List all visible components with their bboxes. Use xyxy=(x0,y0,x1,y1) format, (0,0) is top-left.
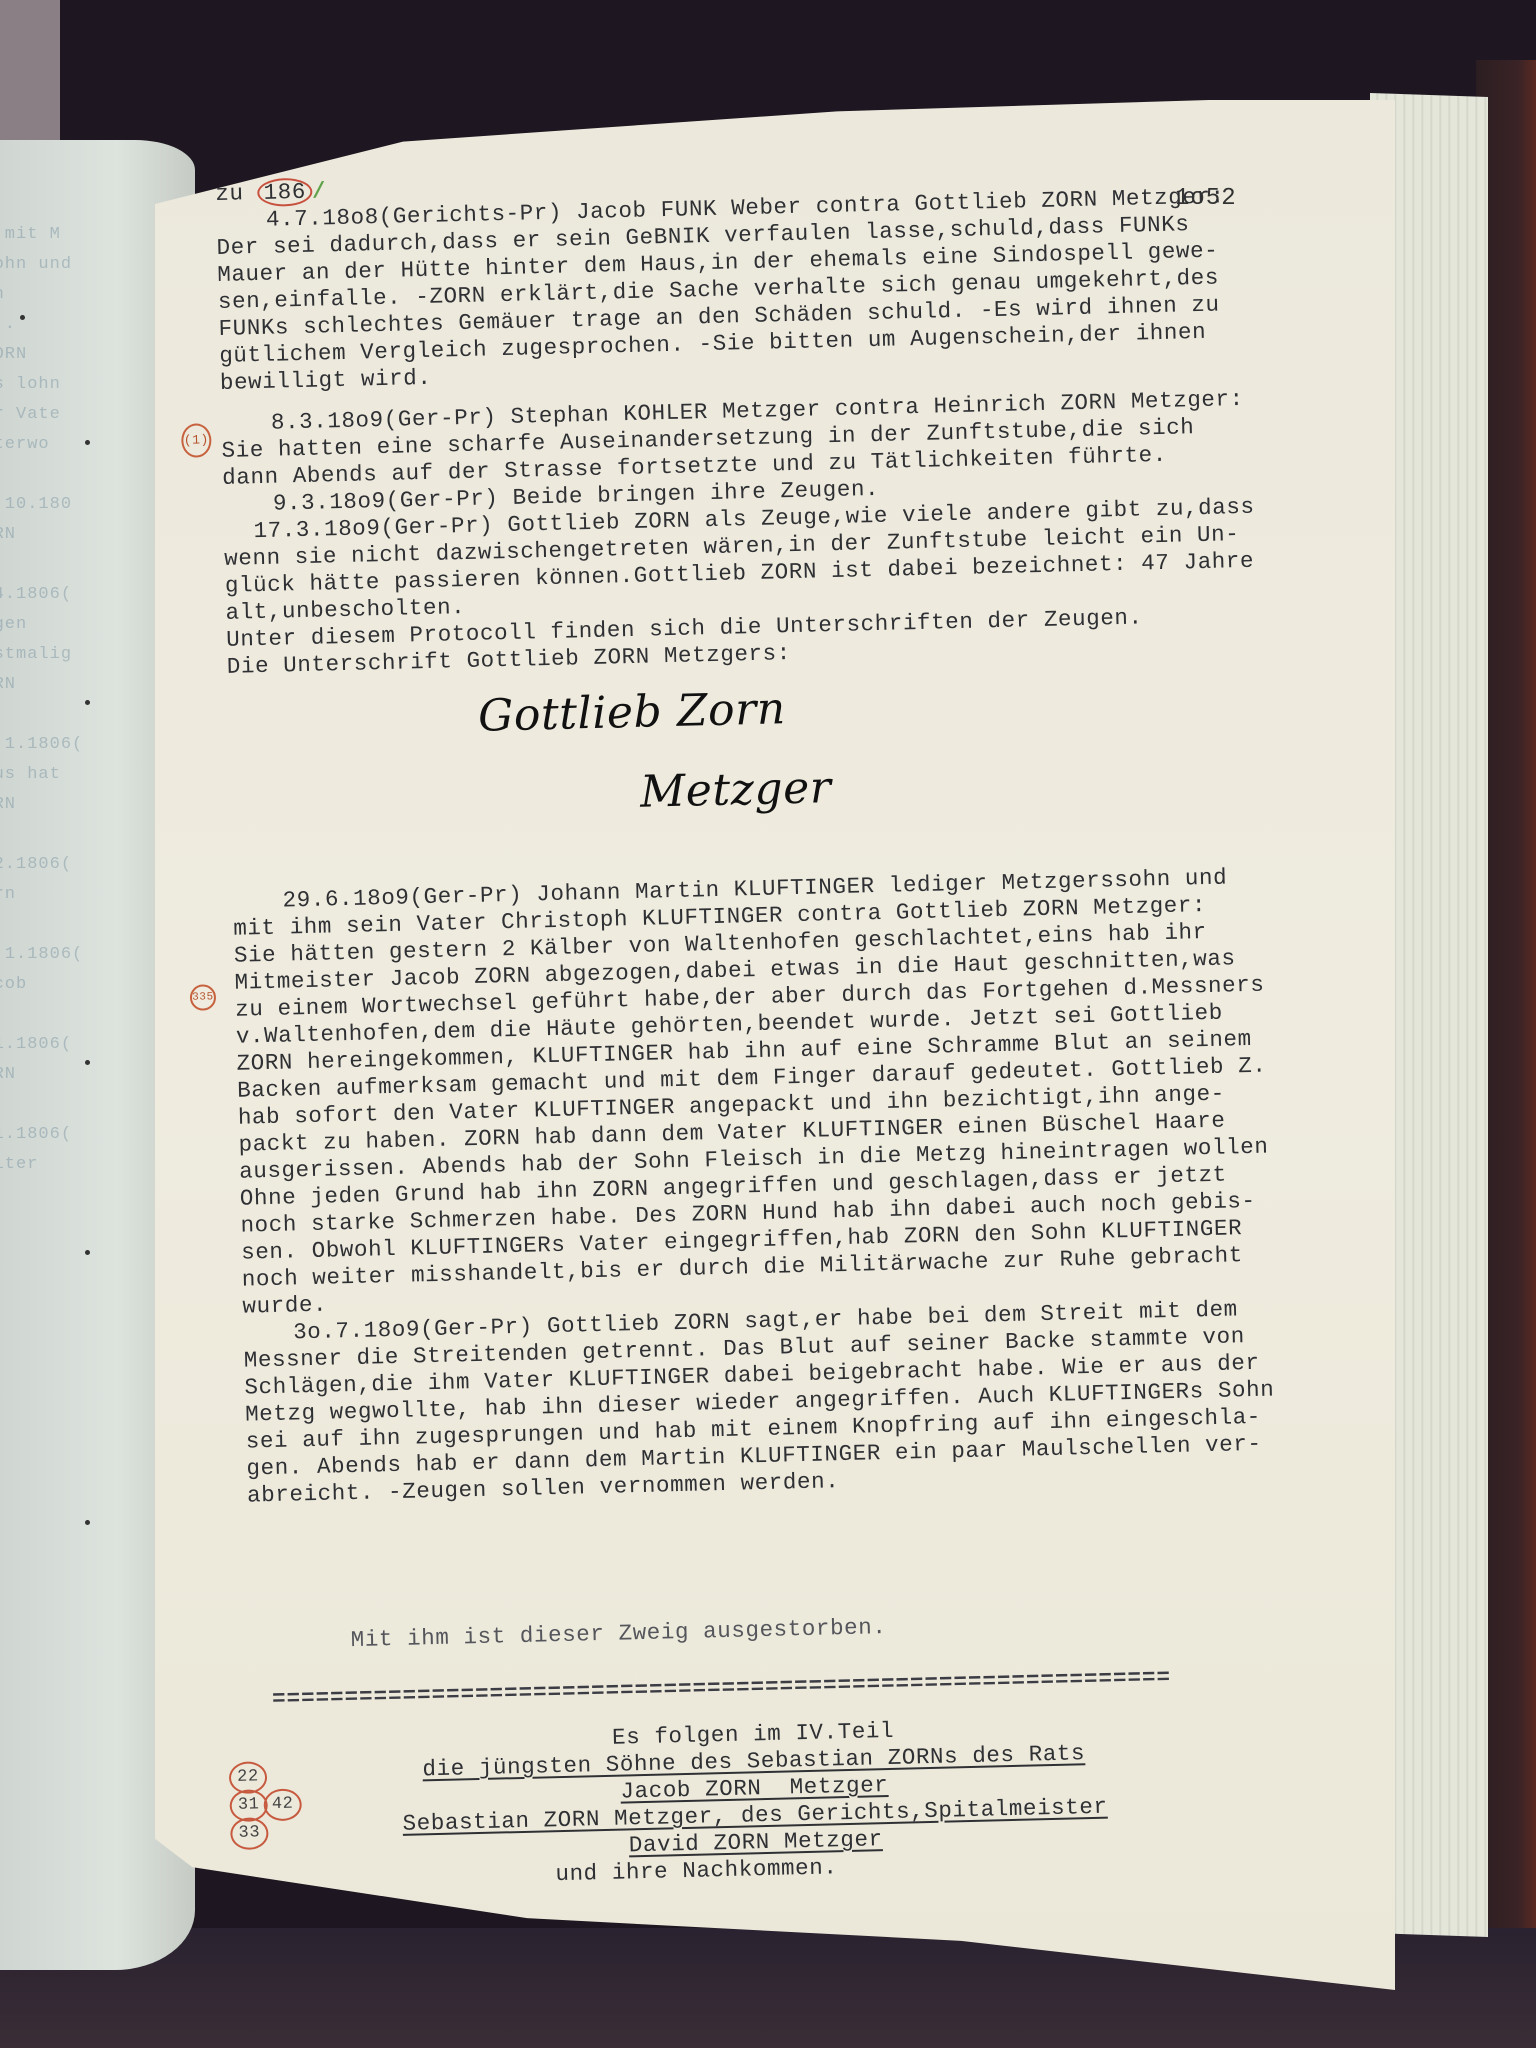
continuation-block: 22 31 33 42 Es folgen im IV.Teil die jün… xyxy=(253,1705,1437,1896)
adjacent-book-spine xyxy=(0,0,60,150)
signature-name: Gottlieb Zorn xyxy=(478,695,786,730)
reference-prefix: zu xyxy=(215,180,244,207)
green-check-mark: / xyxy=(312,178,327,204)
punch-dot xyxy=(85,440,90,445)
punch-dot xyxy=(85,700,90,705)
entry-1809-06-29: 335 29.6.18o9(Ger-Pr) Johann Martin KLUF… xyxy=(232,860,1422,1321)
punch-dot xyxy=(85,1520,90,1525)
entry-1809-03-17: 17.3.18o9(Ger-Pr) Gottlieb ZORN als Zeug… xyxy=(223,490,1407,681)
circled-references: 22 31 33 42 xyxy=(229,1760,321,1862)
reference-number-circled: 186 xyxy=(257,178,312,207)
signature-occupation: Metzger xyxy=(640,774,832,806)
entry-1808-07-04: 4.7.18o8(Gerichts-Pr) Jacob FUNK Weber c… xyxy=(216,179,1400,397)
circled-ref: 42 xyxy=(263,1788,302,1821)
handwritten-signature: Gottlieb Zorn Metzger xyxy=(228,670,1412,889)
entry-1809-07-30: 3o.7.18o9(Ger-Pr) Gottlieb ZORN sagt,er … xyxy=(243,1292,1427,1510)
punch-dot xyxy=(85,1250,90,1255)
punch-dot xyxy=(20,315,25,320)
separator-line: ========================================… xyxy=(272,1660,1322,1713)
document-body: zu 186/ 4.7.18o8(Gerichts-Pr) Jacob FUNK… xyxy=(215,151,1437,1895)
circled-ref: 33 xyxy=(230,1817,269,1850)
continuation-line-text: David ZORN Metzger xyxy=(629,1826,883,1858)
punch-dot xyxy=(85,1060,90,1065)
